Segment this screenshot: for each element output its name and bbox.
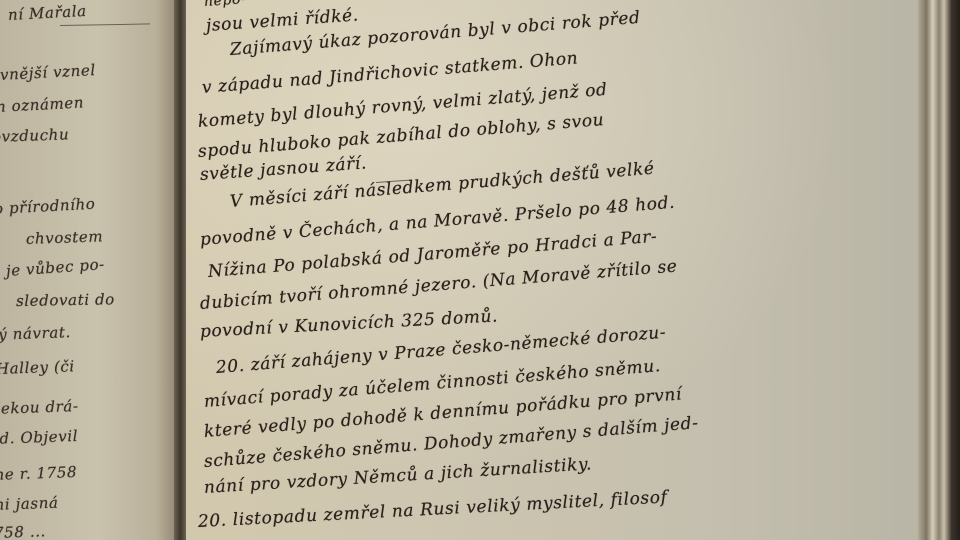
book-page-edge (918, 0, 960, 540)
left-line: me r. 1758 (0, 463, 77, 484)
left-line: čekou drá- (0, 397, 79, 418)
left-line: o přírodního (0, 195, 96, 218)
open-book: ní Mařala vnější vznel n oznámen ovzduch… (0, 0, 960, 540)
left-line: vnější vznel (0, 61, 96, 84)
left-line: ný návrat. (0, 323, 71, 344)
left-line: sledovati do (16, 290, 115, 310)
left-line: Halley (či (0, 357, 75, 378)
right-line: nepo- (203, 0, 246, 10)
left-line: mi jasná (0, 494, 59, 514)
right-line: povodní v Kunovicích 325 domů. (199, 306, 498, 342)
left-line: n oznámen (0, 93, 84, 116)
left-line: chvostem (26, 227, 104, 248)
underline-rule (60, 23, 150, 26)
left-line: 758 ... (0, 522, 46, 540)
left-page: ní Mařala vnější vznel n oznámen ovzduch… (0, 0, 178, 540)
left-line: je vůbec po- (5, 255, 105, 280)
left-line: ní Mařala (8, 2, 88, 24)
right-page: nepo- jsou velmi řídké. Zajímavý úkaz po… (186, 0, 926, 540)
left-line: ed. Objevil (0, 427, 78, 448)
left-line: ovzduchu (0, 125, 69, 146)
